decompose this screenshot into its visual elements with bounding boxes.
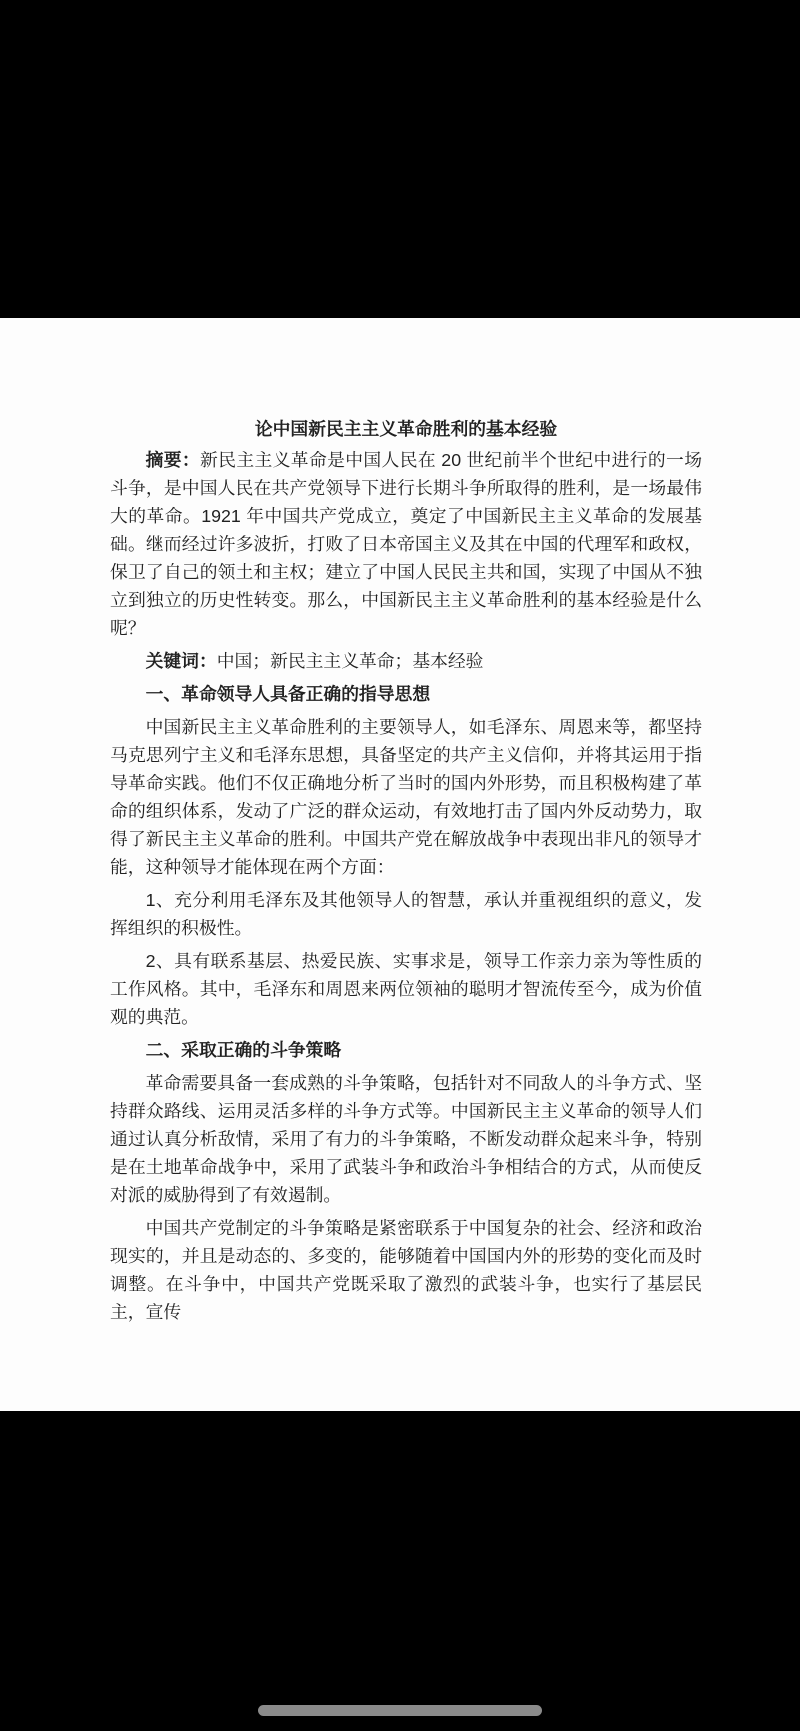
paragraph: 1、充分利用毛泽东及其他领导人的智慧，承认并重视组织的意义，发挥组织的积极性。	[110, 886, 702, 942]
paragraph: 革命需要具备一套成熟的斗争策略，包括针对不同敌人的斗争方式、坚持群众路线、运用灵…	[110, 1069, 702, 1209]
paragraph-text: 一、革命领导人具备正确的指导思想	[146, 684, 431, 704]
paragraph-text: 1、充分利用毛泽东及其他领导人的智慧，承认并重视组织的意义，发挥组织的积极性。	[110, 890, 702, 938]
status-bar-black-area	[0, 0, 800, 318]
paragraph-label: 摘要：	[146, 450, 200, 470]
paragraph-text: 中国共产党制定的斗争策略是紧密联系于中国复杂的社会、经济和政治现实的，并且是动态…	[110, 1218, 702, 1322]
bottom-black-area	[0, 1411, 800, 1731]
document-body: 摘要：新民主主义革命是中国人民在 20 世纪前半个世纪中进行的一场斗争，是中国人…	[110, 446, 702, 1326]
home-indicator[interactable]	[258, 1705, 542, 1716]
paragraph-text: 二、采取正确的斗争策略	[146, 1040, 342, 1060]
paragraph: 摘要：新民主主义革命是中国人民在 20 世纪前半个世纪中进行的一场斗争，是中国人…	[110, 446, 702, 642]
paragraph: 中国共产党制定的斗争策略是紧密联系于中国复杂的社会、经济和政治现实的，并且是动态…	[110, 1214, 702, 1326]
document-text-column: 论中国新民主主义革命胜利的基本经验 摘要：新民主主义革命是中国人民在 20 世纪…	[110, 415, 702, 1326]
paragraph-text: 中国新民主主义革命胜利的主要领导人，如毛泽东、周恩来等，都坚持马克思列宁主义和毛…	[110, 717, 702, 877]
paragraph-text: 新民主主义革命是中国人民在 20 世纪前半个世纪中进行的一场斗争，是中国人民在共…	[110, 450, 702, 638]
document-title: 论中国新民主主义革命胜利的基本经验	[110, 415, 702, 443]
paragraph: 2、具有联系基层、热爱民族、实事求是，领导工作亲力亲为等性质的工作风格。其中，毛…	[110, 947, 702, 1031]
paragraph-label: 关键词：	[146, 651, 217, 671]
paragraph: 中国新民主主义革命胜利的主要领导人，如毛泽东、周恩来等，都坚持马克思列宁主义和毛…	[110, 713, 702, 881]
paragraph-text: 革命需要具备一套成熟的斗争策略，包括针对不同敌人的斗争方式、坚持群众路线、运用灵…	[110, 1073, 702, 1205]
paragraph-text: 2、具有联系基层、热爱民族、实事求是，领导工作亲力亲为等性质的工作风格。其中，毛…	[110, 951, 702, 1027]
section-heading: 二、采取正确的斗争策略	[110, 1036, 702, 1064]
paragraph-text: 中国；新民主主义革命；基本经验	[217, 651, 484, 671]
document-page[interactable]: 论中国新民主主义革命胜利的基本经验 摘要：新民主主义革命是中国人民在 20 世纪…	[0, 318, 800, 1411]
paragraph: 关键词：中国；新民主主义革命；基本经验	[110, 647, 702, 675]
section-heading: 一、革命领导人具备正确的指导思想	[110, 680, 702, 708]
